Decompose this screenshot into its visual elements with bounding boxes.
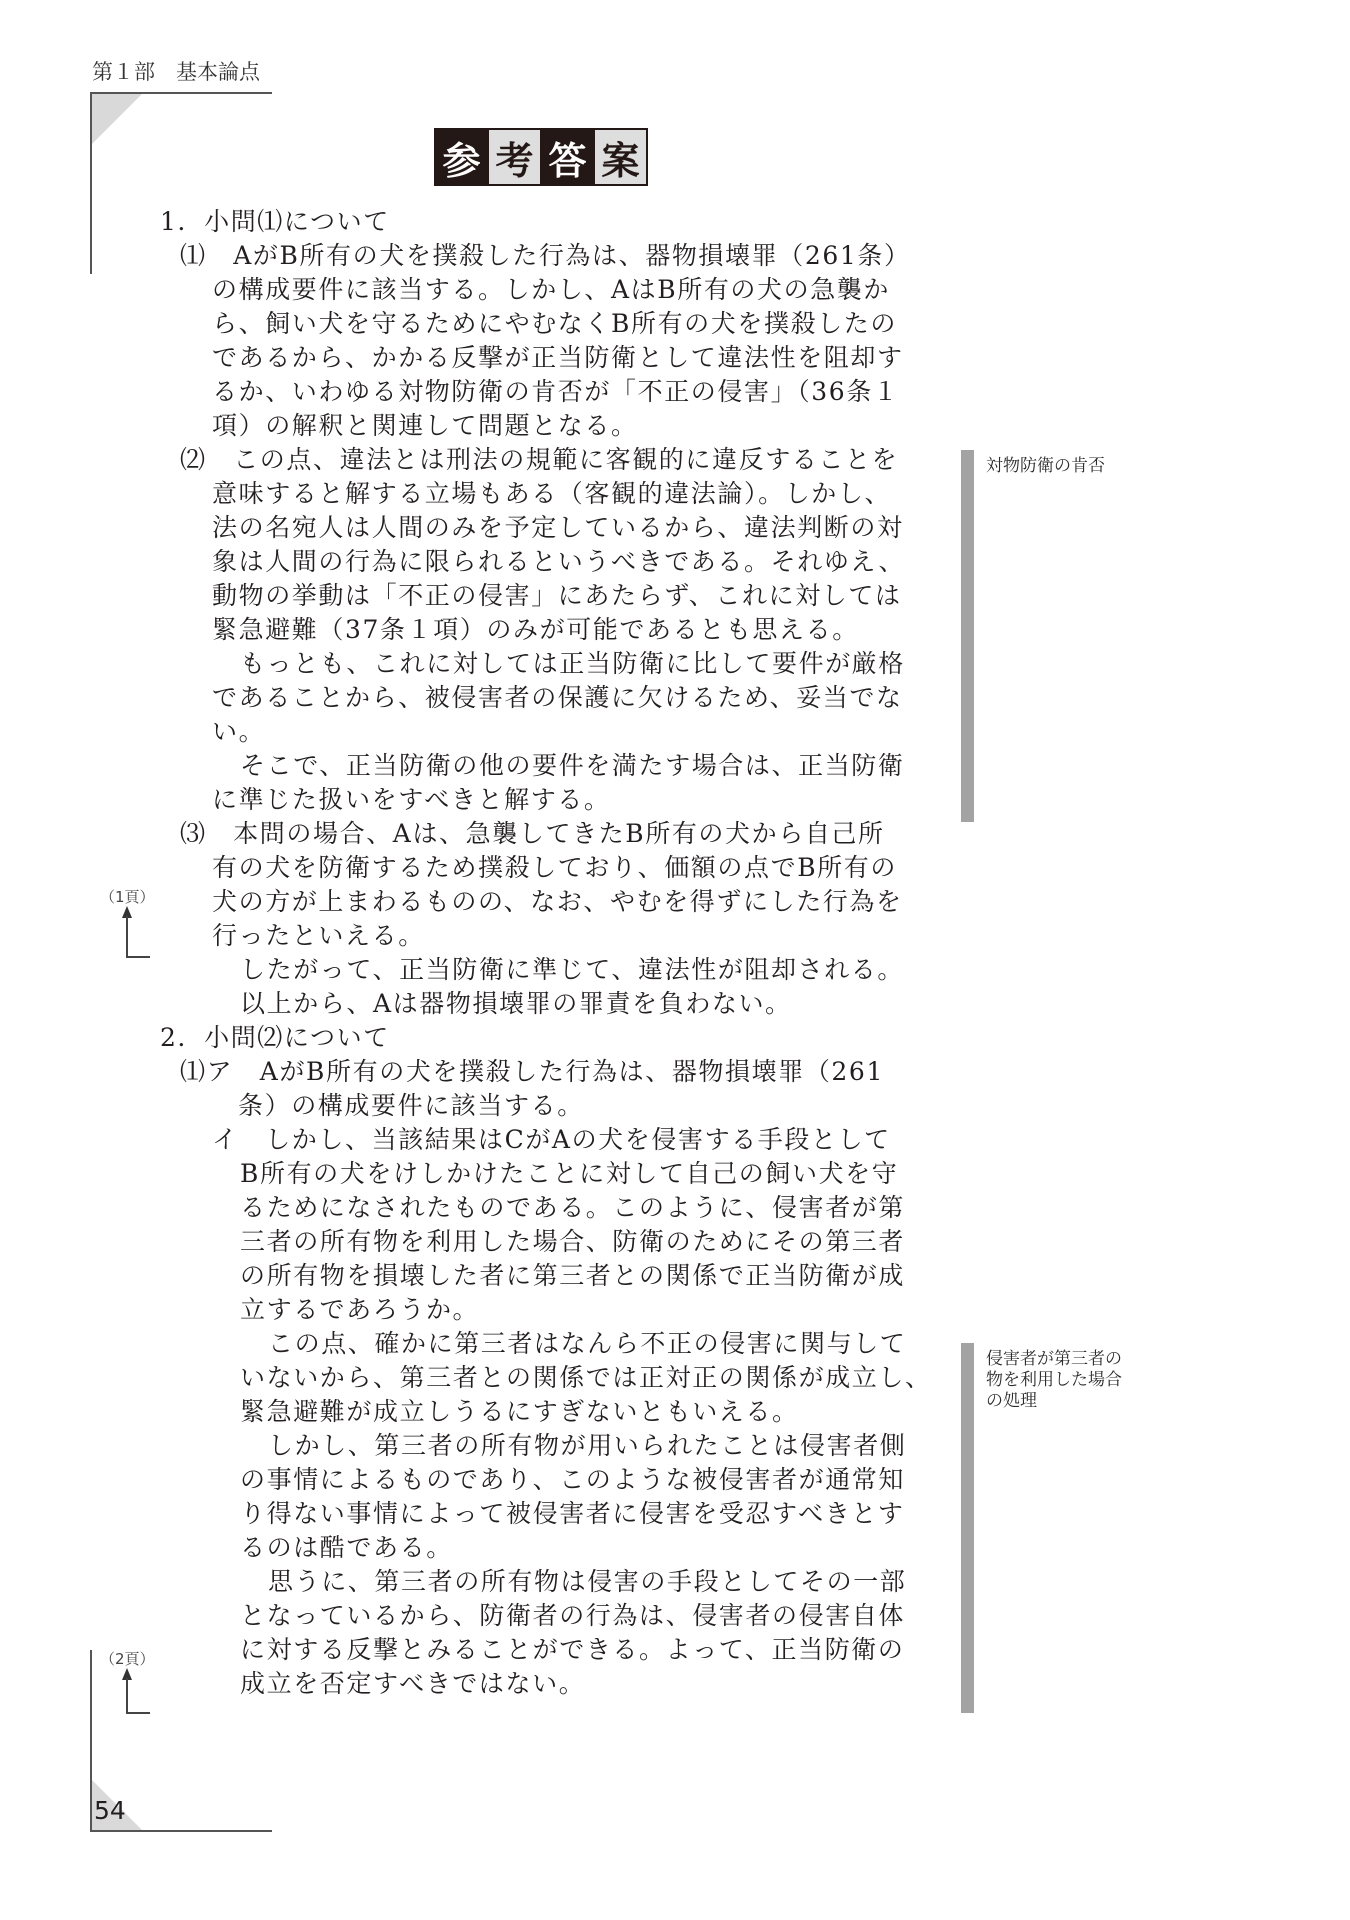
- body-line: B所有の犬をけしかけたことに対して自己の飼い犬を守: [240, 1159, 898, 1189]
- body-line: ら、飼い犬を守るためにやむなくB所有の犬を撲殺したの: [212, 309, 897, 339]
- body-line: であることから、被侵害者の保護に欠けるため、妥当でな: [212, 683, 903, 713]
- body-line: の所有物を損壊した者に第三者との関係で正当防衛が成: [240, 1261, 905, 1291]
- body-line: 法の名宛人は人間のみを予定しているから、違法判断の対: [212, 513, 904, 543]
- body-line: 三者の所有物を利用した場合、防衛のためにその第三者: [240, 1227, 905, 1257]
- page-ref-2-label: （2頁）: [100, 1648, 155, 1669]
- body-line: 動物の挙動は「不正の侵害」にあたらず、これに対しては: [212, 581, 902, 611]
- body-line: 犬の方が上まわるものの、なお、やむを得ずにした行為を: [212, 887, 903, 917]
- body-line: この点、確かに第三者はなんら不正の侵害に関与して: [268, 1329, 906, 1359]
- body-line: であるから、かかる反撃が正当防衛として違法性を阻却す: [212, 343, 904, 373]
- margin-note-1-text: 対物防衛の肯否: [986, 456, 1105, 477]
- margin-note-1: 対物防衛の肯否: [986, 456, 1105, 477]
- top-corner-triangle: [92, 94, 142, 144]
- page-ref-2-arrow-foot: [126, 1712, 150, 1714]
- body-line: 象は人間の行為に限られるというべきである。それゆえ、: [212, 547, 905, 577]
- body-line: 2．小問⑵について: [160, 1023, 390, 1053]
- body-line: イ しかし、当該結果はCがAの犬を侵害する手段として: [212, 1125, 891, 1155]
- body-line: り得ない事情によって被侵害者に侵害を受忍すべきとす: [240, 1499, 905, 1529]
- body-line: に準じた扱いをすべきと解する。: [212, 785, 611, 815]
- margin-bar-2: [961, 1343, 974, 1713]
- body-line: るためになされたものである。このように、侵害者が第: [240, 1193, 905, 1223]
- body-line: 緊急避難（37条１項）のみが可能であるとも思える。: [212, 615, 859, 645]
- body-line: の事情によるものであり、このような被侵害者が通常知: [240, 1465, 905, 1495]
- margin-note-2-line-1: 侵害者が第三者の: [986, 1349, 1122, 1370]
- title-char-2: 考: [487, 130, 542, 184]
- answer-title-box: 参 考 答 案: [434, 128, 648, 186]
- body-line: 以上から、Aは器物損壊罪の罪責を負わない。: [240, 989, 792, 1019]
- page-number: 54: [94, 1796, 126, 1825]
- title-char-4: 案: [593, 130, 646, 184]
- margin-bar-1: [961, 450, 974, 822]
- body-line: 1．小問⑴について: [160, 207, 390, 237]
- page-ref-1-arrow-stem: [126, 916, 128, 958]
- body-line: ⑴ AがB所有の犬を撲殺した行為は、器物損壊罪（261条）: [180, 241, 911, 271]
- body-line: 成立を否定すべきではない。: [240, 1669, 585, 1699]
- body-line: ⑴ア AがB所有の犬を撲殺した行為は、器物損壊罪（261: [180, 1057, 884, 1087]
- title-char-3: 答: [542, 130, 593, 184]
- page-ref-1-arrow-foot: [126, 956, 150, 958]
- page-ref-1-label: （1頁）: [100, 886, 155, 907]
- body-line: るか、いわゆる対物防衛の肯否が「不正の侵害」（36条１: [212, 377, 900, 407]
- body-line: したがって、正当防衛に準じて、違法性が阻却される。: [240, 955, 904, 985]
- body-line: るのは酷である。: [240, 1533, 453, 1563]
- body-line: となっているから、防衛者の行為は、侵害者の侵害自体: [240, 1601, 905, 1631]
- body-line: いないから、第三者との関係では正対正の関係が成立し、: [240, 1363, 932, 1393]
- margin-note-2: 侵害者が第三者の 物を利用した場合 の処理: [986, 1349, 1122, 1412]
- body-line: ⑶ 本問の場合、Aは、急襲してきたB所有の犬から自己所: [180, 819, 885, 849]
- margin-note-2-line-2: 物を利用した場合: [986, 1370, 1122, 1391]
- body-line: 立するであろうか。: [240, 1295, 479, 1325]
- body-line: に対する反撃とみることができる。よって、正当防衛の: [240, 1635, 905, 1665]
- body-line: い。: [212, 717, 265, 747]
- title-char-1: 参: [436, 130, 487, 184]
- running-head: 第１部 基本論点: [92, 56, 260, 86]
- body-line: ⑵ この点、違法とは刑法の規範に客観的に違反することを: [180, 445, 898, 475]
- body-line: そこで、正当防衛の他の要件を満たす場合は、正当防衛: [240, 751, 905, 781]
- body-line: 項）の解釈と関連して問題となる。: [212, 411, 638, 441]
- body-line: 条）の構成要件に該当する。: [238, 1091, 584, 1121]
- body-line: 意味すると解する立場もある（客観的違法論）。しかし、: [212, 479, 891, 509]
- body-line: 緊急避難が成立しうるにすぎないともいえる。: [240, 1397, 799, 1427]
- page-ref-2-arrow-stem: [126, 1678, 128, 1714]
- margin-note-2-line-3: の処理: [986, 1391, 1122, 1412]
- body-line: の構成要件に該当する。しかし、AはB所有の犬の急襲か: [212, 275, 890, 305]
- body-line: 行ったといえる。: [212, 921, 425, 951]
- body-line: 有の犬を防衛するため撲殺しており、価額の点でB所有の: [212, 853, 897, 883]
- body-line: 思うに、第三者の所有物は侵害の手段としてその一部: [268, 1567, 906, 1597]
- body-line: しかし、第三者の所有物が用いられたことは侵害者側: [268, 1431, 906, 1461]
- bottom-rule: [90, 1830, 272, 1832]
- body-line: もっとも、これに対しては正当防衛に比して要件が厳格: [240, 649, 905, 679]
